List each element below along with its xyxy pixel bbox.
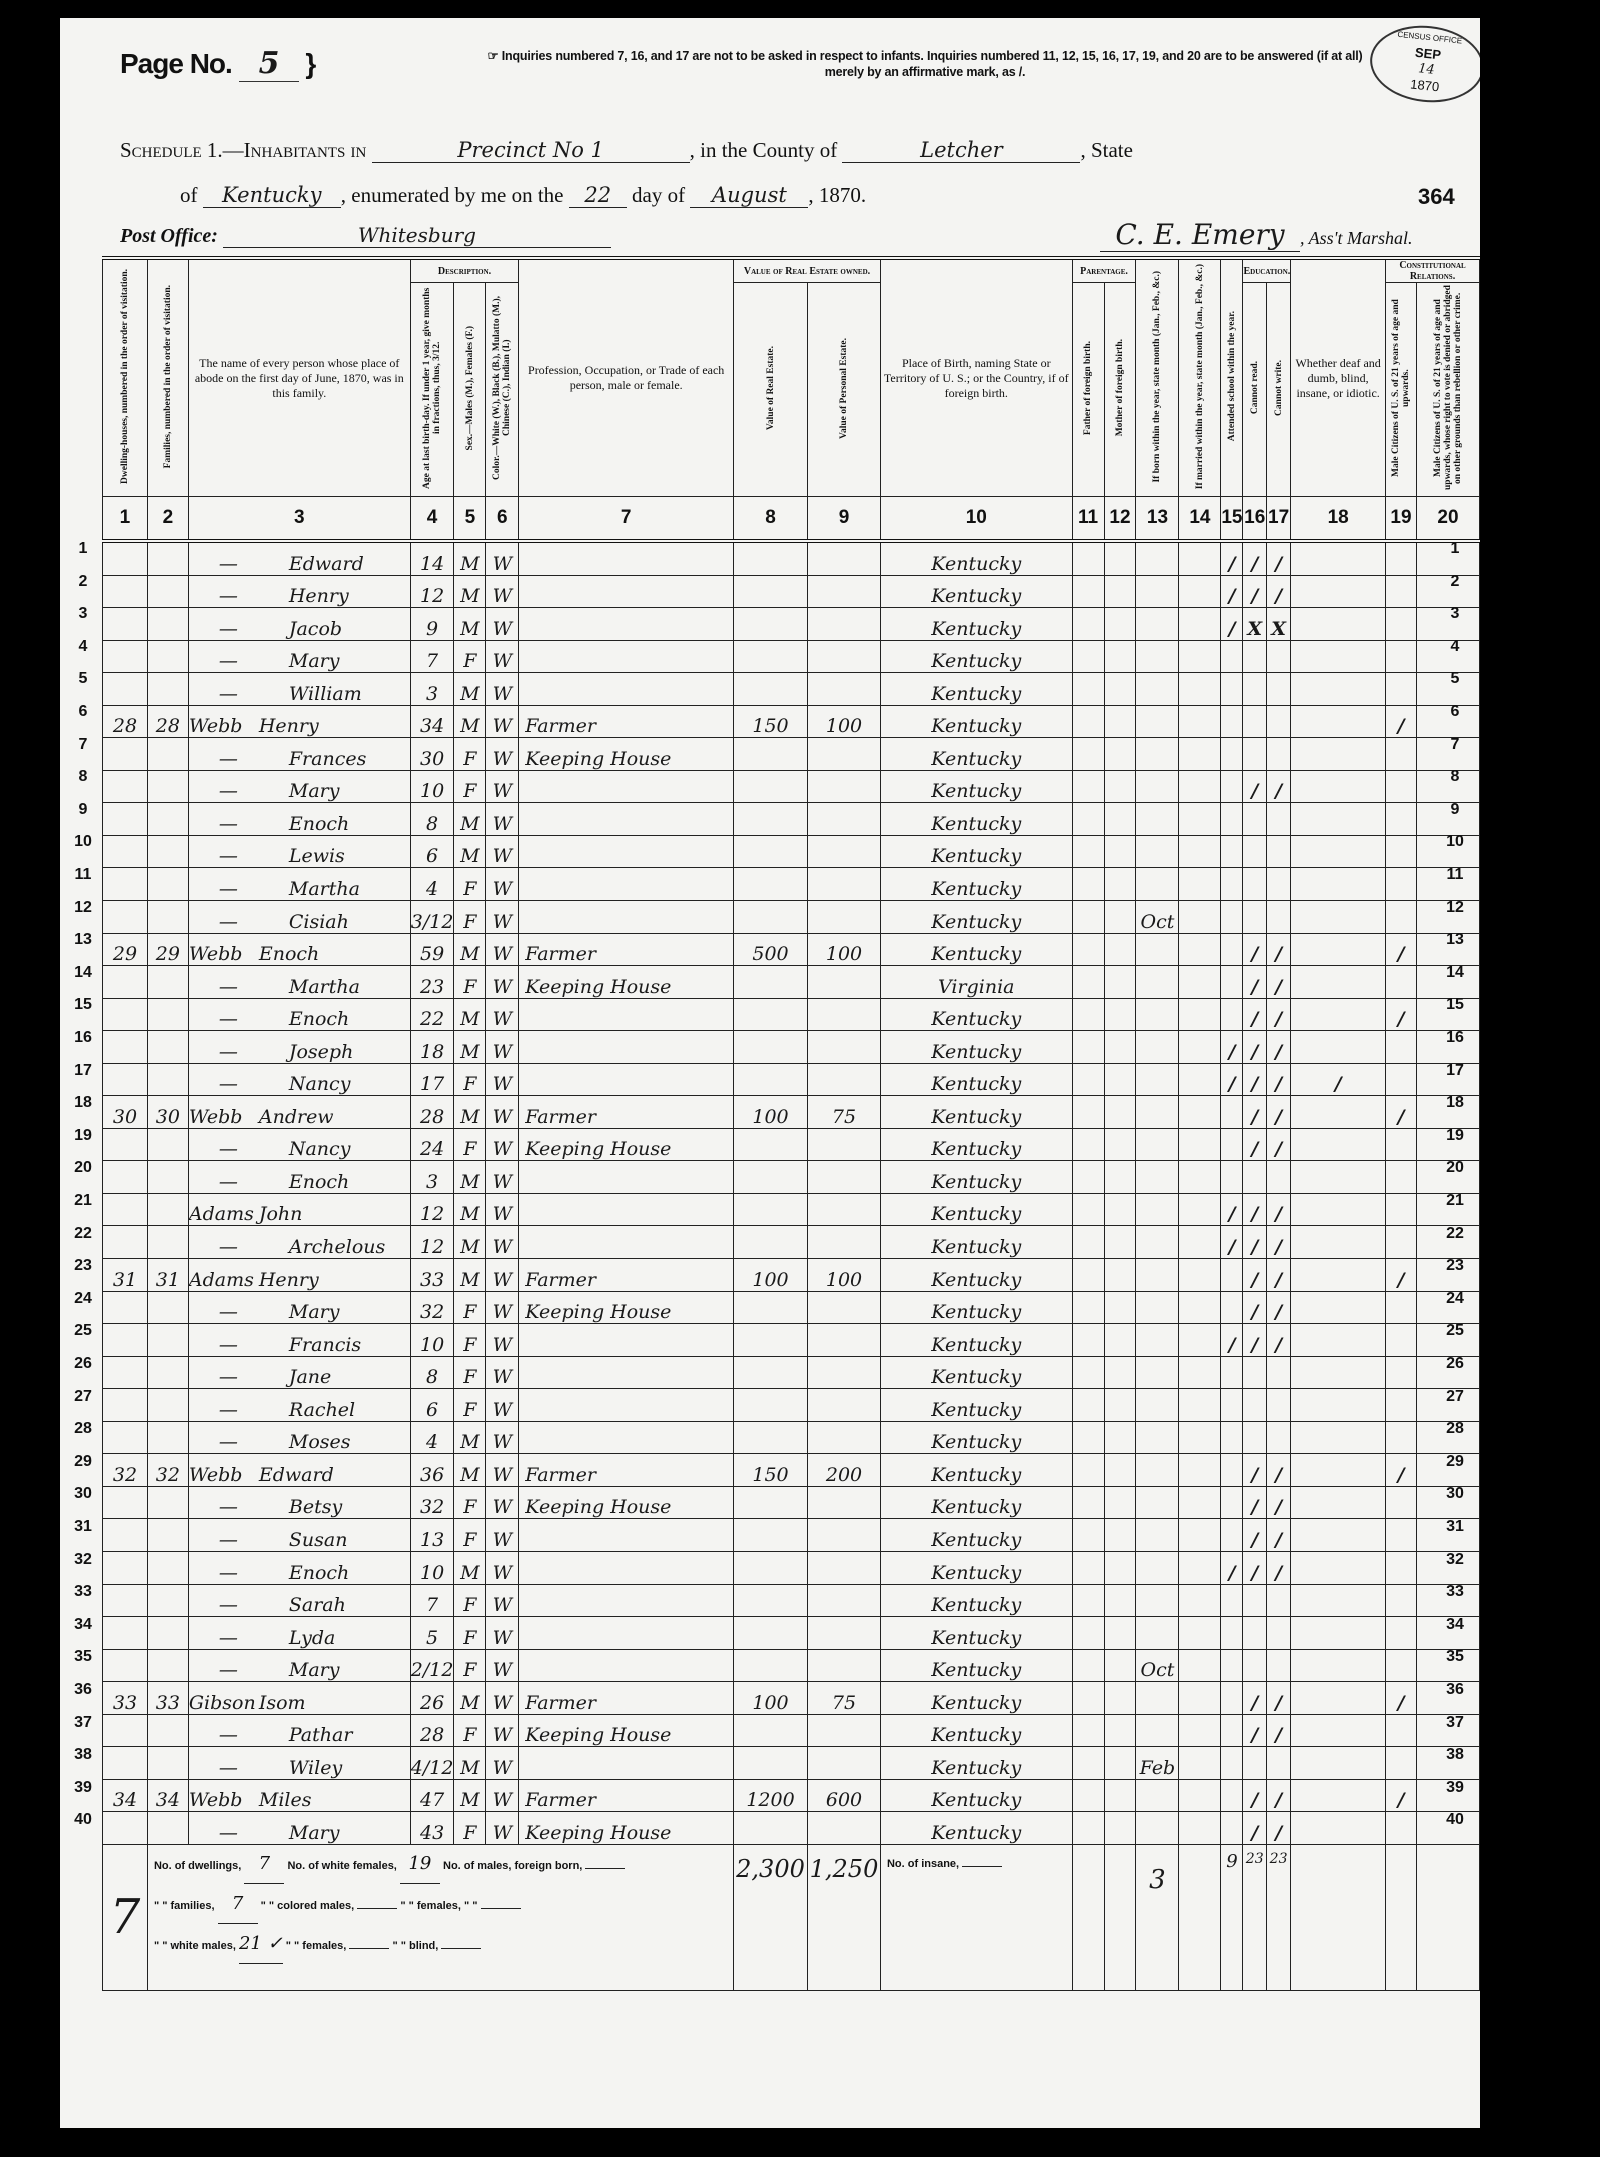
school-cell xyxy=(1221,1291,1243,1324)
mother-foreign-cell xyxy=(1104,1714,1136,1747)
write-cell xyxy=(1266,1421,1290,1454)
column-number-7: 7 xyxy=(519,497,734,542)
line-number: 35 xyxy=(68,1648,98,1666)
deaf-cell xyxy=(1291,1128,1386,1161)
read-cell: / xyxy=(1243,1454,1266,1487)
mar_mo-cell xyxy=(1179,608,1221,641)
c19-cell xyxy=(1386,575,1417,608)
mar_mo-cell xyxy=(1179,1226,1221,1259)
occ-cell xyxy=(519,770,734,803)
given-name: Jane xyxy=(289,1366,331,1388)
sex-cell: M xyxy=(454,1747,486,1780)
c19-cell xyxy=(1386,1714,1417,1747)
line-number: 19 xyxy=(1440,1127,1470,1145)
mar_mo-cell xyxy=(1179,1356,1221,1389)
table-row: AdamsJohn12MWKentucky/// xyxy=(103,1193,1480,1226)
born_mo-cell xyxy=(1136,1486,1179,1519)
given-name: Enoch xyxy=(259,943,319,965)
birth-cell: Kentucky xyxy=(880,738,1072,771)
occ-cell xyxy=(519,835,734,868)
line-number: 8 xyxy=(68,768,98,786)
mar_mo-cell xyxy=(1179,738,1221,771)
father-foreign-cell xyxy=(1072,1617,1104,1650)
col-header-8: Value of Real Estate. xyxy=(734,283,808,497)
occ-cell: Keeping House xyxy=(519,966,734,999)
mar_mo-cell xyxy=(1179,1063,1221,1096)
person-name: —Jacob xyxy=(188,608,410,641)
given-name: Martha xyxy=(289,976,360,998)
line-number: 14 xyxy=(1440,964,1470,982)
pe-cell xyxy=(808,1747,881,1780)
dw-cell xyxy=(103,575,148,608)
given-name: Martha xyxy=(289,878,360,900)
re-cell xyxy=(734,608,808,641)
school-cell xyxy=(1221,1649,1243,1682)
dw-cell xyxy=(103,1128,148,1161)
write-cell xyxy=(1266,835,1290,868)
given-name: Lewis xyxy=(289,845,345,867)
pe-cell xyxy=(808,998,881,1031)
read-cell: / xyxy=(1243,1714,1266,1747)
mar_mo-cell xyxy=(1179,673,1221,706)
stamped-page-number: 364 xyxy=(1418,184,1455,210)
color-cell: W xyxy=(486,1291,519,1324)
dw-cell xyxy=(103,1519,148,1552)
school-cell xyxy=(1221,1682,1243,1715)
born_mo-cell xyxy=(1136,1454,1179,1487)
read-cell: / xyxy=(1243,1682,1266,1715)
col-header-17: Cannot write. xyxy=(1266,283,1290,497)
father-foreign-cell xyxy=(1072,1649,1104,1682)
person-name: WebbEdward xyxy=(188,1454,410,1487)
given-name: John xyxy=(259,1203,303,1225)
c19-cell: / xyxy=(1386,705,1417,738)
mother-foreign-cell xyxy=(1104,1551,1136,1584)
deaf-cell xyxy=(1291,1617,1386,1650)
born_mo-cell xyxy=(1136,1226,1179,1259)
write-cell: / xyxy=(1266,1454,1290,1487)
school-cell: / xyxy=(1221,1193,1243,1226)
summary-row: 7 No. of dwellings, 7 No. of white femal… xyxy=(103,1844,1480,1990)
surname: — xyxy=(189,1431,289,1453)
color-cell: W xyxy=(486,608,519,641)
table-row: —Enoch8MWKentucky xyxy=(103,803,1480,836)
write-cell xyxy=(1266,868,1290,901)
real-estate-total: 2,300 xyxy=(734,1844,808,1990)
post-office-line: Post Office: Whitesburg xyxy=(120,223,611,248)
read-cell xyxy=(1243,738,1266,771)
surname: — xyxy=(189,1008,289,1030)
pe-cell xyxy=(808,1519,881,1552)
day-field: 22 xyxy=(569,183,627,208)
given-name: Joseph xyxy=(289,1041,353,1063)
col-header-6: Color.—White (W.), Black (B.), Mulatto (… xyxy=(486,283,519,497)
mar_mo-cell xyxy=(1179,1649,1221,1682)
enumeration-line: of Kentucky, enumerated by me on the 22 … xyxy=(180,183,866,208)
person-name: —Archelous xyxy=(188,1226,410,1259)
surname: Webb xyxy=(189,1789,259,1811)
occ-cell xyxy=(519,998,734,1031)
color-cell: W xyxy=(486,705,519,738)
born_mo-cell xyxy=(1136,1161,1179,1194)
col-header-16: Cannot read. xyxy=(1243,283,1266,497)
color-cell: W xyxy=(486,868,519,901)
pe-cell xyxy=(808,1193,881,1226)
col-header-12: Mother of foreign birth. xyxy=(1104,283,1136,497)
age-cell: 18 xyxy=(410,1031,454,1064)
color-cell: W xyxy=(486,1096,519,1129)
re-cell xyxy=(734,966,808,999)
deaf-cell xyxy=(1291,705,1386,738)
re-cell xyxy=(734,1421,808,1454)
table-row: 3333GibsonIsom26MWFarmer10075Kentucky/// xyxy=(103,1682,1480,1715)
col-header-2: Families, numbered in the order of visit… xyxy=(147,258,188,497)
line-number: 21 xyxy=(68,1192,98,1210)
occ-cell: Farmer xyxy=(519,1454,734,1487)
occ-cell: Farmer xyxy=(519,1779,734,1812)
line-number: 27 xyxy=(68,1388,98,1406)
dw-cell xyxy=(103,803,148,836)
father-foreign-cell xyxy=(1072,575,1104,608)
re-cell xyxy=(734,901,808,934)
dw-cell xyxy=(103,640,148,673)
father-foreign-cell xyxy=(1072,1747,1104,1780)
subdivision-field: Precinct No 1 xyxy=(372,138,690,163)
c19-cell xyxy=(1386,1389,1417,1422)
summary-counts: No. of dwellings, 7 No. of white females… xyxy=(147,1844,733,1990)
column-number-1: 1 xyxy=(103,497,148,542)
fam-cell xyxy=(147,1714,188,1747)
line-number: 31 xyxy=(1440,1518,1470,1536)
re-cell: 1200 xyxy=(734,1779,808,1812)
birth-cell: Kentucky xyxy=(880,1551,1072,1584)
sex-cell: M xyxy=(454,1193,486,1226)
surname: — xyxy=(189,780,289,802)
age-cell: 28 xyxy=(410,1096,454,1129)
mar_mo-cell xyxy=(1179,1291,1221,1324)
birth-cell: Kentucky xyxy=(880,1682,1072,1715)
re-cell xyxy=(734,673,808,706)
fam-cell xyxy=(147,1551,188,1584)
surname: — xyxy=(189,1822,289,1844)
born_mo-cell xyxy=(1136,803,1179,836)
c19-cell xyxy=(1386,1356,1417,1389)
read-cell xyxy=(1243,1161,1266,1194)
fam-cell xyxy=(147,541,188,575)
c19-cell xyxy=(1386,901,1417,934)
read-cell: / xyxy=(1243,1551,1266,1584)
birth-cell: Kentucky xyxy=(880,1747,1072,1780)
fam-cell xyxy=(147,673,188,706)
mother-foreign-cell xyxy=(1104,608,1136,641)
school-cell xyxy=(1221,803,1243,836)
mar_mo-cell xyxy=(1179,1584,1221,1617)
table-row: 3232WebbEdward36MWFarmer150200Kentucky//… xyxy=(103,1454,1480,1487)
given-name: Betsy xyxy=(289,1496,342,1518)
write-cell xyxy=(1266,1161,1290,1194)
fam-cell xyxy=(147,1584,188,1617)
write-cell: / xyxy=(1266,1226,1290,1259)
white-females-count: 19 xyxy=(400,1845,440,1884)
fam-cell xyxy=(147,1356,188,1389)
born_mo-cell xyxy=(1136,835,1179,868)
read-cell: / xyxy=(1243,1519,1266,1552)
line-number: 24 xyxy=(68,1290,98,1308)
c19-cell xyxy=(1386,640,1417,673)
age-cell: 24 xyxy=(410,1128,454,1161)
sex-cell: F xyxy=(454,1356,486,1389)
col-header-20: Male Citizens of U. S. of 21 years of ag… xyxy=(1416,283,1479,497)
c19-cell xyxy=(1386,1421,1417,1454)
age-cell: 9 xyxy=(410,608,454,641)
surname: — xyxy=(189,1562,289,1584)
sex-cell: F xyxy=(454,1617,486,1650)
line-number: 1 xyxy=(1440,540,1470,558)
read-cell: / xyxy=(1243,933,1266,966)
sex-cell: F xyxy=(454,1714,486,1747)
deaf-cell xyxy=(1291,575,1386,608)
c19-cell xyxy=(1386,1812,1417,1845)
person-name: —Mary xyxy=(188,1649,410,1682)
fam-cell xyxy=(147,1226,188,1259)
month-field: August xyxy=(690,183,808,208)
color-cell: W xyxy=(486,1161,519,1194)
mar_mo-cell xyxy=(1179,770,1221,803)
sex-cell: F xyxy=(454,901,486,934)
read-cell xyxy=(1243,835,1266,868)
occ-cell xyxy=(519,1617,734,1650)
pe-cell xyxy=(808,770,881,803)
table-row: —Enoch22MWKentucky/// xyxy=(103,998,1480,1031)
surname: Adams xyxy=(189,1269,259,1291)
mother-foreign-cell xyxy=(1104,1649,1136,1682)
father-foreign-cell xyxy=(1072,1161,1104,1194)
dw-cell xyxy=(103,1324,148,1357)
age-cell: 12 xyxy=(410,1226,454,1259)
mar_mo-cell xyxy=(1179,705,1221,738)
c19-cell: / xyxy=(1386,1096,1417,1129)
mother-foreign-cell xyxy=(1104,966,1136,999)
given-name: Henry xyxy=(259,1269,319,1291)
re-cell xyxy=(734,835,808,868)
col-header-9: Value of Personal Estate. xyxy=(808,283,881,497)
father-foreign-cell xyxy=(1072,901,1104,934)
pe-cell: 100 xyxy=(808,1259,881,1292)
sex-cell: F xyxy=(454,1389,486,1422)
line-number: 16 xyxy=(68,1029,98,1047)
col-header-1: Dwelling-houses, numbered in the order o… xyxy=(103,258,148,497)
line-number: 31 xyxy=(68,1518,98,1536)
school-cell: / xyxy=(1221,1551,1243,1584)
fam-cell xyxy=(147,1649,188,1682)
age-cell: 8 xyxy=(410,1356,454,1389)
re-cell xyxy=(734,1389,808,1422)
birth-cell: Kentucky xyxy=(880,835,1072,868)
dw-cell xyxy=(103,1031,148,1064)
born_mo-cell: Feb xyxy=(1136,1747,1179,1780)
write-cell xyxy=(1266,705,1290,738)
pe-cell xyxy=(808,1551,881,1584)
county-field: Letcher xyxy=(842,138,1080,163)
table-row: —Rachel6FWKentucky xyxy=(103,1389,1480,1422)
mother-foreign-cell xyxy=(1104,933,1136,966)
school-cell: / xyxy=(1221,1031,1243,1064)
father-foreign-cell xyxy=(1072,1812,1104,1845)
occ-cell xyxy=(519,1551,734,1584)
father-foreign-cell xyxy=(1072,608,1104,641)
born_mo-cell xyxy=(1136,933,1179,966)
deaf-cell xyxy=(1291,1031,1386,1064)
mar_mo-cell xyxy=(1179,835,1221,868)
pe-cell xyxy=(808,1486,881,1519)
line-number: 29 xyxy=(68,1453,98,1471)
line-number: 12 xyxy=(1440,899,1470,917)
born_mo-cell xyxy=(1136,1259,1179,1292)
mar_mo-cell xyxy=(1179,1324,1221,1357)
line-number: 37 xyxy=(68,1714,98,1732)
color-cell: W xyxy=(486,1551,519,1584)
mar_mo-cell xyxy=(1179,1389,1221,1422)
col-header-5: Sex.—Males (M.), Females (F.) xyxy=(454,283,486,497)
color-cell: W xyxy=(486,835,519,868)
occ-cell: Keeping House xyxy=(519,1128,734,1161)
birth-cell: Kentucky xyxy=(880,1421,1072,1454)
surname: — xyxy=(189,845,289,867)
write-cell: / xyxy=(1266,1551,1290,1584)
birth-cell: Kentucky xyxy=(880,901,1072,934)
dw-cell xyxy=(103,608,148,641)
column-number-20: 20 xyxy=(1416,497,1479,542)
fam-cell xyxy=(147,868,188,901)
c19-cell xyxy=(1386,1551,1417,1584)
line-number: 6 xyxy=(1440,703,1470,721)
line-number: 28 xyxy=(68,1420,98,1438)
mother-foreign-cell xyxy=(1104,835,1136,868)
line-number: 23 xyxy=(68,1257,98,1275)
read-total: 23 xyxy=(1243,1844,1266,1990)
line-number: 19 xyxy=(68,1127,98,1145)
father-foreign-cell xyxy=(1072,868,1104,901)
father-foreign-cell xyxy=(1072,1259,1104,1292)
read-cell: / xyxy=(1243,1812,1266,1845)
read-cell xyxy=(1243,1617,1266,1650)
person-name: WebbHenry xyxy=(188,705,410,738)
mar_mo-cell xyxy=(1179,1551,1221,1584)
line-number: 14 xyxy=(68,964,98,982)
father-foreign-cell xyxy=(1072,803,1104,836)
surname: — xyxy=(189,650,289,672)
pe-cell xyxy=(808,1421,881,1454)
mother-foreign-cell xyxy=(1104,1063,1136,1096)
school-cell xyxy=(1221,966,1243,999)
fam-cell xyxy=(147,835,188,868)
surname: — xyxy=(189,1627,289,1649)
sex-cell: F xyxy=(454,1063,486,1096)
pe-cell xyxy=(808,1617,881,1650)
sex-cell: F xyxy=(454,1812,486,1845)
c19-cell xyxy=(1386,1031,1417,1064)
person-name: —Edward xyxy=(188,541,410,575)
father-foreign-cell xyxy=(1072,640,1104,673)
mother-foreign-cell xyxy=(1104,1324,1136,1357)
deaf-cell xyxy=(1291,1193,1386,1226)
line-number: 36 xyxy=(68,1681,98,1699)
write-cell: / xyxy=(1266,1682,1290,1715)
c19-cell xyxy=(1386,1226,1417,1259)
mother-foreign-cell xyxy=(1104,673,1136,706)
given-name: Pathar xyxy=(289,1724,353,1746)
father-foreign-cell xyxy=(1072,1682,1104,1715)
deaf-cell xyxy=(1291,1747,1386,1780)
c19-cell xyxy=(1386,1747,1417,1780)
dw-cell: 30 xyxy=(103,1096,148,1129)
occ-cell: Keeping House xyxy=(519,1812,734,1845)
father-foreign-cell xyxy=(1072,738,1104,771)
re-cell xyxy=(734,1161,808,1194)
write-cell: / xyxy=(1266,1324,1290,1357)
sex-cell: M xyxy=(454,575,486,608)
mother-foreign-cell xyxy=(1104,1128,1136,1161)
surname: — xyxy=(189,1366,289,1388)
birth-cell: Kentucky xyxy=(880,1356,1072,1389)
age-cell: 32 xyxy=(410,1291,454,1324)
school-cell: / xyxy=(1221,608,1243,641)
born_mo-cell xyxy=(1136,1617,1179,1650)
given-name: Nancy xyxy=(289,1138,351,1160)
color-cell: W xyxy=(486,1128,519,1161)
occ-cell xyxy=(519,640,734,673)
school-cell xyxy=(1221,1128,1243,1161)
deaf-cell xyxy=(1291,901,1386,934)
sex-cell: M xyxy=(454,1551,486,1584)
given-name: Mary xyxy=(289,780,340,802)
fam-cell xyxy=(147,1161,188,1194)
born_mo-cell xyxy=(1136,770,1179,803)
education-group-header: Education. xyxy=(1243,258,1291,283)
column-number-19: 19 xyxy=(1386,497,1417,542)
deaf-cell xyxy=(1291,1226,1386,1259)
re-cell xyxy=(734,1551,808,1584)
deaf-cell xyxy=(1291,1291,1386,1324)
deaf-cell xyxy=(1291,673,1386,706)
fam-cell xyxy=(147,1063,188,1096)
born_mo-cell xyxy=(1136,1356,1179,1389)
mar_mo-cell xyxy=(1179,966,1221,999)
fam-cell xyxy=(147,998,188,1031)
color-cell: W xyxy=(486,770,519,803)
birth-cell: Kentucky xyxy=(880,1812,1072,1845)
c19-cell xyxy=(1386,1063,1417,1096)
white-males-count: 21 ✓ xyxy=(239,1925,283,1964)
surname: Gibson xyxy=(189,1692,259,1714)
born_mo-cell xyxy=(1136,1421,1179,1454)
mar_mo-cell xyxy=(1179,1096,1221,1129)
given-name: Mary xyxy=(289,650,340,672)
age-cell: 32 xyxy=(410,1486,454,1519)
line-number: 36 xyxy=(1440,1681,1470,1699)
person-name: —Lewis xyxy=(188,835,410,868)
write-cell: / xyxy=(1266,541,1290,575)
table-row: —Francis10FWKentucky/// xyxy=(103,1324,1480,1357)
birth-cell: Kentucky xyxy=(880,1584,1072,1617)
born_mo-cell xyxy=(1136,640,1179,673)
deaf-cell xyxy=(1291,541,1386,575)
pe-cell xyxy=(808,1031,881,1064)
occ-cell: Farmer xyxy=(519,705,734,738)
line-number: 13 xyxy=(68,931,98,949)
color-cell: W xyxy=(486,1584,519,1617)
mother-foreign-cell xyxy=(1104,640,1136,673)
